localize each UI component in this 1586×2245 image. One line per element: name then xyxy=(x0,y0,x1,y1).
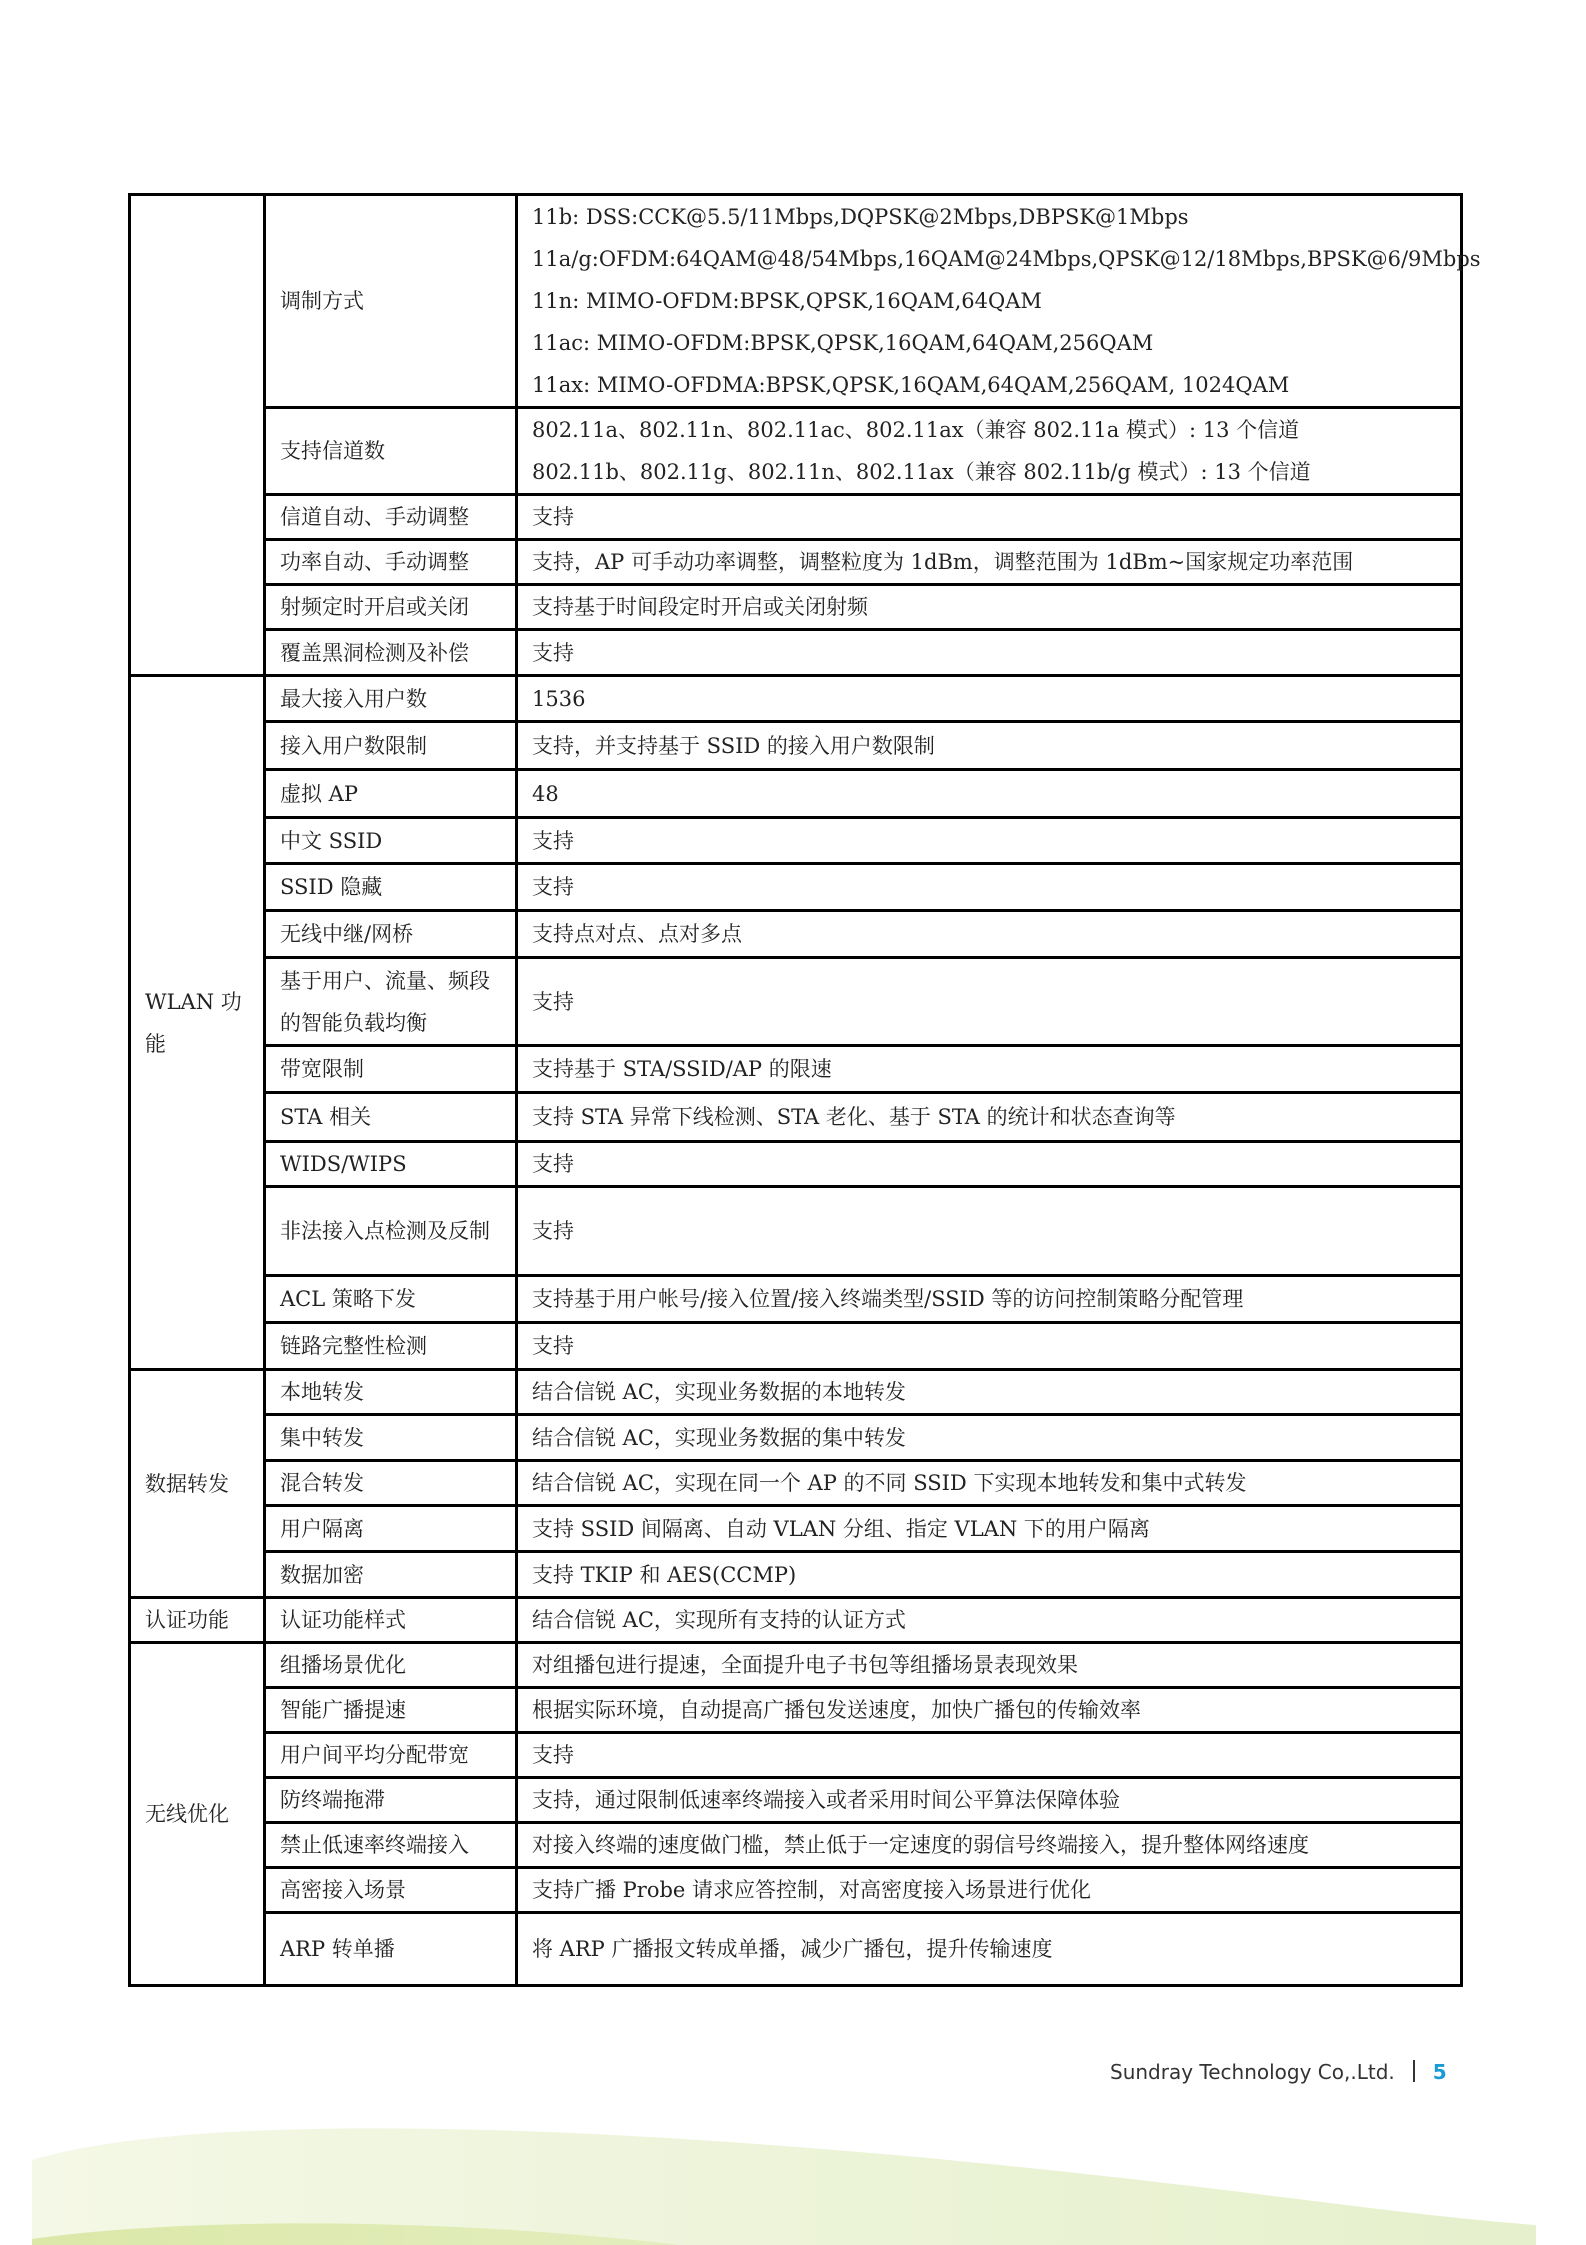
table-row: WLAN 功能最大接入用户数1536 xyxy=(130,676,1462,722)
value-cell: 支持点对点、点对多点 xyxy=(517,911,1462,958)
footer-separator xyxy=(1413,2060,1415,2082)
page-footer: Sundray Technology Co,.Ltd.5 xyxy=(1110,2060,1447,2084)
feature-cell: 本地转发 xyxy=(265,1370,517,1415)
table-row: 信道自动、手动调整支持 xyxy=(130,495,1462,540)
feature-cell: 混合转发 xyxy=(265,1461,517,1506)
table-row: 智能广播提速根据实际环境，自动提高广播包发送速度，加快广播包的传输效率 xyxy=(130,1688,1462,1733)
feature-cell: 射频定时开启或关闭 xyxy=(265,585,517,630)
value-line: 支持广播 Probe 请求应答控制，对高密度接入场景进行优化 xyxy=(532,1869,1446,1911)
table-row: 用户间平均分配带宽支持 xyxy=(130,1733,1462,1778)
value-line: 支持 TKIP 和 AES(CCMP) xyxy=(532,1554,1446,1596)
value-cell: 1536 xyxy=(517,676,1462,722)
value-cell: 支持 xyxy=(517,1733,1462,1778)
page-number: 5 xyxy=(1433,2060,1447,2084)
value-line: 支持，AP 可手动功率调整，调整粒度为 1dBm，调整范围为 1dBm~国家规定… xyxy=(532,541,1446,583)
value-line: 对组播包进行提速，全面提升电子书包等组播场景表现效果 xyxy=(532,1644,1446,1686)
value-line: 根据实际环境，自动提高广播包发送速度，加快广播包的传输效率 xyxy=(532,1689,1446,1731)
value-line: 支持 xyxy=(532,496,1446,538)
table-row: 数据转发本地转发结合信锐 AC，实现业务数据的本地转发 xyxy=(130,1370,1462,1415)
table-row: 接入用户数限制支持，并支持基于 SSID 的接入用户数限制 xyxy=(130,722,1462,770)
feature-cell: 带宽限制 xyxy=(265,1046,517,1093)
feature-cell: 认证功能样式 xyxy=(265,1598,517,1643)
table-row: 调制方式11b: DSS:CCK@5.5/11Mbps,DQPSK@2Mbps,… xyxy=(130,195,1462,408)
table-row: 虚拟 AP48 xyxy=(130,770,1462,818)
table-row: ARP 转单播将 ARP 广播报文转成单播，减少广播包，提升传输速度 xyxy=(130,1913,1462,1986)
value-cell: 支持 xyxy=(517,958,1462,1046)
value-line: 支持 xyxy=(532,632,1446,674)
feature-cell: 智能广播提速 xyxy=(265,1688,517,1733)
value-line: 结合信锐 AC，实现在同一个 AP 的不同 SSID 下实现本地转发和集中式转发 xyxy=(532,1462,1446,1504)
value-line: 对接入终端的速度做门槛，禁止低于一定速度的弱信号终端接入，提升整体网络速度 xyxy=(532,1824,1446,1866)
value-cell: 支持，并支持基于 SSID 的接入用户数限制 xyxy=(517,722,1462,770)
value-cell: 结合信锐 AC，实现业务数据的集中转发 xyxy=(517,1415,1462,1461)
value-cell: 支持 TKIP 和 AES(CCMP) xyxy=(517,1552,1462,1598)
value-line: 支持，并支持基于 SSID 的接入用户数限制 xyxy=(532,725,1446,767)
spec-table: 调制方式11b: DSS:CCK@5.5/11Mbps,DQPSK@2Mbps,… xyxy=(128,193,1463,1987)
value-line: 支持，通过限制低速率终端接入或者采用时间公平算法保障体验 xyxy=(532,1779,1446,1821)
value-line: 11n: MIMO-OFDM:BPSK,QPSK,16QAM,64QAM xyxy=(532,280,1446,322)
value-cell: 对组播包进行提速，全面提升电子书包等组播场景表现效果 xyxy=(517,1643,1462,1688)
value-cell: 48 xyxy=(517,770,1462,818)
value-line: 将 ARP 广播报文转成单播，减少广播包，提升传输速度 xyxy=(532,1928,1446,1970)
value-line: 支持 SSID 间隔离、自动 VLAN 分组、指定 VLAN 下的用户隔离 xyxy=(532,1508,1446,1550)
table-row: 认证功能认证功能样式结合信锐 AC，实现所有支持的认证方式 xyxy=(130,1598,1462,1643)
value-line: 802.11a、802.11n、802.11ac、802.11ax（兼容 802… xyxy=(532,409,1446,451)
feature-cell: 覆盖黑洞检测及补偿 xyxy=(265,630,517,676)
table-row: WIDS/WIPS支持 xyxy=(130,1142,1462,1187)
value-line: 结合信锐 AC，实现业务数据的本地转发 xyxy=(532,1371,1446,1413)
table-row: 无线中继/网桥支持点对点、点对多点 xyxy=(130,911,1462,958)
feature-cell: 高密接入场景 xyxy=(265,1868,517,1913)
value-cell: 根据实际环境，自动提高广播包发送速度，加快广播包的传输效率 xyxy=(517,1688,1462,1733)
value-line: 48 xyxy=(532,773,1446,815)
table-row: 无线优化组播场景优化对组播包进行提速，全面提升电子书包等组播场景表现效果 xyxy=(130,1643,1462,1688)
spec-table-body: 调制方式11b: DSS:CCK@5.5/11Mbps,DQPSK@2Mbps,… xyxy=(130,195,1462,1986)
value-line: 支持 STA 异常下线检测、STA 老化、基于 STA 的统计和状态查询等 xyxy=(532,1096,1446,1138)
feature-cell: 支持信道数 xyxy=(265,408,517,495)
value-cell: 支持 SSID 间隔离、自动 VLAN 分组、指定 VLAN 下的用户隔离 xyxy=(517,1506,1462,1552)
company-name: Sundray Technology Co,.Ltd. xyxy=(1110,2060,1395,2084)
value-cell: 支持基于 STA/SSID/AP 的限速 xyxy=(517,1046,1462,1093)
feature-cell: STA 相关 xyxy=(265,1093,517,1142)
value-cell: 支持 xyxy=(517,818,1462,864)
value-cell: 802.11a、802.11n、802.11ac、802.11ax（兼容 802… xyxy=(517,408,1462,495)
feature-cell: 链路完整性检测 xyxy=(265,1323,517,1370)
value-cell: 支持，AP 可手动功率调整，调整粒度为 1dBm，调整范围为 1dBm~国家规定… xyxy=(517,540,1462,585)
value-cell: 支持 xyxy=(517,495,1462,540)
table-row: 禁止低速率终端接入对接入终端的速度做门槛，禁止低于一定速度的弱信号终端接入，提升… xyxy=(130,1823,1462,1868)
value-line: 结合信锐 AC，实现所有支持的认证方式 xyxy=(532,1599,1446,1641)
feature-cell: 虚拟 AP xyxy=(265,770,517,818)
value-cell: 支持 xyxy=(517,1323,1462,1370)
feature-cell: 组播场景优化 xyxy=(265,1643,517,1688)
value-cell: 支持 STA 异常下线检测、STA 老化、基于 STA 的统计和状态查询等 xyxy=(517,1093,1462,1142)
value-cell: 11b: DSS:CCK@5.5/11Mbps,DQPSK@2Mbps,DBPS… xyxy=(517,195,1462,408)
table-row: 射频定时开启或关闭支持基于时间段定时开启或关闭射频 xyxy=(130,585,1462,630)
value-cell: 支持基于时间段定时开启或关闭射频 xyxy=(517,585,1462,630)
table-row: 非法接入点检测及反制支持 xyxy=(130,1187,1462,1276)
feature-cell: 最大接入用户数 xyxy=(265,676,517,722)
category-cell: 无线优化 xyxy=(130,1643,265,1986)
feature-cell: 中文 SSID xyxy=(265,818,517,864)
value-line: 11b: DSS:CCK@5.5/11Mbps,DQPSK@2Mbps,DBPS… xyxy=(532,196,1446,238)
category-cell: 数据转发 xyxy=(130,1370,265,1598)
feature-cell: SSID 隐藏 xyxy=(265,864,517,911)
value-line: 11a/g:OFDM:64QAM@48/54Mbps,16QAM@24Mbps,… xyxy=(532,238,1446,280)
value-line: 支持 xyxy=(532,820,1446,862)
value-cell: 对接入终端的速度做门槛，禁止低于一定速度的弱信号终端接入，提升整体网络速度 xyxy=(517,1823,1462,1868)
value-cell: 支持 xyxy=(517,1142,1462,1187)
feature-cell: WIDS/WIPS xyxy=(265,1142,517,1187)
feature-cell: 防终端拖滞 xyxy=(265,1778,517,1823)
feature-cell: 调制方式 xyxy=(265,195,517,408)
feature-cell: 数据加密 xyxy=(265,1552,517,1598)
value-line: 11ax: MIMO-OFDMA:BPSK,QPSK,16QAM,64QAM,2… xyxy=(532,364,1446,406)
feature-cell: 基于用户、流量、频段的智能负载均衡 xyxy=(265,958,517,1046)
value-line: 支持 xyxy=(532,1210,1446,1252)
feature-cell: ARP 转单播 xyxy=(265,1913,517,1986)
table-row: 覆盖黑洞检测及补偿支持 xyxy=(130,630,1462,676)
feature-cell: 用户隔离 xyxy=(265,1506,517,1552)
table-row: 用户隔离支持 SSID 间隔离、自动 VLAN 分组、指定 VLAN 下的用户隔… xyxy=(130,1506,1462,1552)
feature-cell: 集中转发 xyxy=(265,1415,517,1461)
table-row: 高密接入场景支持广播 Probe 请求应答控制，对高密度接入场景进行优化 xyxy=(130,1868,1462,1913)
value-cell: 结合信锐 AC，实现业务数据的本地转发 xyxy=(517,1370,1462,1415)
value-line: 支持 xyxy=(532,1734,1446,1776)
value-line: 1536 xyxy=(532,678,1446,720)
value-line: 结合信锐 AC，实现业务数据的集中转发 xyxy=(532,1417,1446,1459)
table-row: 数据加密支持 TKIP 和 AES(CCMP) xyxy=(130,1552,1462,1598)
value-cell: 结合信锐 AC，实现所有支持的认证方式 xyxy=(517,1598,1462,1643)
value-cell: 结合信锐 AC，实现在同一个 AP 的不同 SSID 下实现本地转发和集中式转发 xyxy=(517,1461,1462,1506)
table-row: 功率自动、手动调整支持，AP 可手动功率调整，调整粒度为 1dBm，调整范围为 … xyxy=(130,540,1462,585)
value-cell: 将 ARP 广播报文转成单播，减少广播包，提升传输速度 xyxy=(517,1913,1462,1986)
value-line: 支持基于 STA/SSID/AP 的限速 xyxy=(532,1048,1446,1090)
table-row: 基于用户、流量、频段的智能负载均衡支持 xyxy=(130,958,1462,1046)
feature-cell: 非法接入点检测及反制 xyxy=(265,1187,517,1276)
value-cell: 支持，通过限制低速率终端接入或者采用时间公平算法保障体验 xyxy=(517,1778,1462,1823)
value-line: 支持 xyxy=(532,1143,1446,1185)
value-line: 支持 xyxy=(532,1325,1446,1367)
table-row: 链路完整性检测支持 xyxy=(130,1323,1462,1370)
table-row: ACL 策略下发支持基于用户帐号/接入位置/接入终端类型/SSID 等的访问控制… xyxy=(130,1276,1462,1323)
table-row: 支持信道数802.11a、802.11n、802.11ac、802.11ax（兼… xyxy=(130,408,1462,495)
feature-cell: ACL 策略下发 xyxy=(265,1276,517,1323)
category-cell: 认证功能 xyxy=(130,1598,265,1643)
feature-cell: 无线中继/网桥 xyxy=(265,911,517,958)
feature-cell: 接入用户数限制 xyxy=(265,722,517,770)
value-line: 支持基于用户帐号/接入位置/接入终端类型/SSID 等的访问控制策略分配管理 xyxy=(532,1278,1446,1320)
category-cell xyxy=(130,195,265,676)
value-cell: 支持 xyxy=(517,864,1462,911)
feature-cell: 用户间平均分配带宽 xyxy=(265,1733,517,1778)
decorative-wave xyxy=(0,2120,1586,2245)
category-cell: WLAN 功能 xyxy=(130,676,265,1370)
value-cell: 支持广播 Probe 请求应答控制，对高密度接入场景进行优化 xyxy=(517,1868,1462,1913)
value-cell: 支持 xyxy=(517,630,1462,676)
feature-cell: 信道自动、手动调整 xyxy=(265,495,517,540)
value-line: 802.11b、802.11g、802.11n、802.11ax（兼容 802.… xyxy=(532,451,1446,493)
value-line: 支持基于时间段定时开启或关闭射频 xyxy=(532,586,1446,628)
value-line: 支持 xyxy=(532,866,1446,908)
feature-cell: 功率自动、手动调整 xyxy=(265,540,517,585)
table-row: 集中转发结合信锐 AC，实现业务数据的集中转发 xyxy=(130,1415,1462,1461)
value-line: 支持 xyxy=(532,981,1446,1023)
table-row: SSID 隐藏支持 xyxy=(130,864,1462,911)
value-cell: 支持 xyxy=(517,1187,1462,1276)
value-line: 11ac: MIMO-OFDM:BPSK,QPSK,16QAM,64QAM,25… xyxy=(532,322,1446,364)
table-row: 带宽限制支持基于 STA/SSID/AP 的限速 xyxy=(130,1046,1462,1093)
value-cell: 支持基于用户帐号/接入位置/接入终端类型/SSID 等的访问控制策略分配管理 xyxy=(517,1276,1462,1323)
value-line: 支持点对点、点对多点 xyxy=(532,913,1446,955)
table-row: 中文 SSID支持 xyxy=(130,818,1462,864)
table-row: 混合转发结合信锐 AC，实现在同一个 AP 的不同 SSID 下实现本地转发和集… xyxy=(130,1461,1462,1506)
table-row: STA 相关支持 STA 异常下线检测、STA 老化、基于 STA 的统计和状态… xyxy=(130,1093,1462,1142)
table-row: 防终端拖滞支持，通过限制低速率终端接入或者采用时间公平算法保障体验 xyxy=(130,1778,1462,1823)
feature-cell: 禁止低速率终端接入 xyxy=(265,1823,517,1868)
